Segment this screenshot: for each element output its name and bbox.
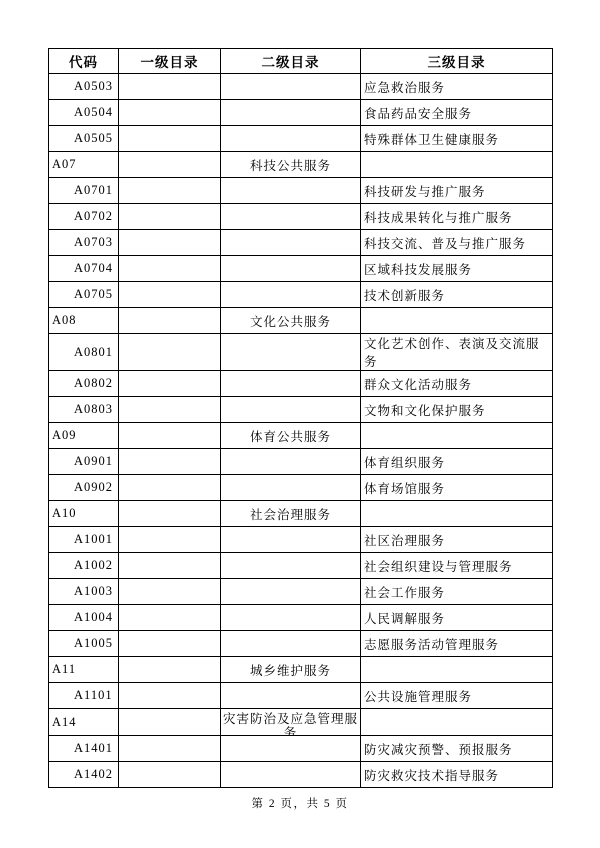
level1-cell <box>119 631 221 657</box>
code-cell: A0802 <box>49 371 119 397</box>
level3-cell: 防灾救灾技术指导服务 <box>361 762 553 788</box>
level3-cell <box>361 423 553 449</box>
level1-cell <box>119 397 221 423</box>
level3-cell: 体育组织服务 <box>361 449 553 475</box>
code-cell: A0701 <box>49 178 119 204</box>
code-cell: A1401 <box>49 736 119 762</box>
level1-cell <box>119 475 221 501</box>
level2-cell: 城乡维护服务 <box>221 657 361 683</box>
level2-text: 科技公共服务 <box>221 156 360 174</box>
level2-cell <box>221 683 361 709</box>
code-cell: A0801 <box>49 334 119 371</box>
table-row: A0803 文物和文化保护服务 <box>49 397 553 423</box>
level1-cell <box>119 204 221 230</box>
level3-cell: 文化艺术创作、表演及交流服务 <box>361 334 553 371</box>
code-cell: A1005 <box>49 631 119 657</box>
level3-cell: 人民调解服务 <box>361 605 553 631</box>
code-cell: A0702 <box>49 204 119 230</box>
level2-cell: 灾害防治及应急管理服务 <box>221 709 361 736</box>
level3-cell: 区域科技发展服务 <box>361 256 553 282</box>
level1-cell <box>119 449 221 475</box>
code-cell: A1001 <box>49 527 119 553</box>
level2-cell <box>221 282 361 308</box>
code-cell: A0902 <box>49 475 119 501</box>
table-row: A1402 防灾救灾技术指导服务 <box>49 762 553 788</box>
code-cell: A0705 <box>49 282 119 308</box>
level1-cell <box>119 178 221 204</box>
code-cell: A1402 <box>49 762 119 788</box>
table-row: A0704 区域科技发展服务 <box>49 256 553 282</box>
table-row: A0504 食品药品安全服务 <box>49 100 553 126</box>
level3-cell: 防灾减灾预警、预报服务 <box>361 736 553 762</box>
code-cell: A1002 <box>49 553 119 579</box>
code-cell: A07 <box>49 152 119 178</box>
level1-cell <box>119 501 221 527</box>
code-cell: A1004 <box>49 605 119 631</box>
level2-text: 社会治理服务 <box>221 505 360 523</box>
table-row: A1001 社区治理服务 <box>49 527 553 553</box>
column-header-level3: 三级目录 <box>361 49 553 74</box>
table-row: A09 体育公共服务 <box>49 423 553 449</box>
table-row: A0802 群众文化活动服务 <box>49 371 553 397</box>
level3-cell: 食品药品安全服务 <box>361 100 553 126</box>
level3-cell: 文物和文化保护服务 <box>361 397 553 423</box>
level2-cell <box>221 605 361 631</box>
level1-cell <box>119 579 221 605</box>
level2-cell: 科技公共服务 <box>221 152 361 178</box>
level3-cell: 社会工作服务 <box>361 579 553 605</box>
code-cell: A09 <box>49 423 119 449</box>
table-row: A0701 科技研发与推广服务 <box>49 178 553 204</box>
column-header-level2: 二级目录 <box>221 49 361 74</box>
column-header-level1: 一级目录 <box>119 49 221 74</box>
table-row: A10 社会治理服务 <box>49 501 553 527</box>
code-cell: A0503 <box>49 74 119 100</box>
level3-cell: 特殊群体卫生健康服务 <box>361 126 553 152</box>
level3-cell: 公共设施管理服务 <box>361 683 553 709</box>
table-row: A0505 特殊群体卫生健康服务 <box>49 126 553 152</box>
level3-cell <box>361 501 553 527</box>
level2-cell: 体育公共服务 <box>221 423 361 449</box>
level3-cell: 群众文化活动服务 <box>361 371 553 397</box>
level2-text: 城乡维护服务 <box>221 661 360 679</box>
level2-cell <box>221 74 361 100</box>
table-body: A0503 应急救治服务 A0504 食品药品安全服务 A0505 特殊群体卫生… <box>49 74 553 788</box>
code-cell: A10 <box>49 501 119 527</box>
level2-cell <box>221 204 361 230</box>
code-cell: A11 <box>49 657 119 683</box>
level1-cell <box>119 308 221 334</box>
table-row: A0703 科技交流、普及与推广服务 <box>49 230 553 256</box>
table-row: A0902 体育场馆服务 <box>49 475 553 501</box>
table-row: A08 文化公共服务 <box>49 308 553 334</box>
table-row: A1003 社会工作服务 <box>49 579 553 605</box>
level2-cell <box>221 230 361 256</box>
table-row: A1002 社会组织建设与管理服务 <box>49 553 553 579</box>
table-row: A07 科技公共服务 <box>49 152 553 178</box>
level3-cell <box>361 657 553 683</box>
level1-cell <box>119 74 221 100</box>
table-row: A0702 科技成果转化与推广服务 <box>49 204 553 230</box>
level3-cell: 体育场馆服务 <box>361 475 553 501</box>
code-cell: A14 <box>49 709 119 736</box>
level2-cell <box>221 527 361 553</box>
level2-cell <box>221 178 361 204</box>
code-cell: A1101 <box>49 683 119 709</box>
code-cell: A0901 <box>49 449 119 475</box>
level2-cell <box>221 334 361 371</box>
level1-cell <box>119 709 221 736</box>
level3-cell <box>361 709 553 736</box>
level1-cell <box>119 371 221 397</box>
code-cell: A0803 <box>49 397 119 423</box>
level2-text: 体育公共服务 <box>221 427 360 445</box>
level3-cell: 技术创新服务 <box>361 282 553 308</box>
document-page: 代码 一级目录 二级目录 三级目录 A0503 应急救治服务 A0504 食品药… <box>0 0 600 811</box>
catalog-table: 代码 一级目录 二级目录 三级目录 A0503 应急救治服务 A0504 食品药… <box>48 48 553 788</box>
level3-cell: 科技成果转化与推广服务 <box>361 204 553 230</box>
level2-cell <box>221 100 361 126</box>
level1-cell <box>119 282 221 308</box>
level2-cell: 社会治理服务 <box>221 501 361 527</box>
table-row: A11 城乡维护服务 <box>49 657 553 683</box>
table-row: A1004 人民调解服务 <box>49 605 553 631</box>
level2-cell <box>221 126 361 152</box>
level1-cell <box>119 683 221 709</box>
level3-cell <box>361 308 553 334</box>
code-cell: A0704 <box>49 256 119 282</box>
level3-cell <box>361 152 553 178</box>
level2-text: 文化公共服务 <box>221 312 360 330</box>
level3-cell: 社区治理服务 <box>361 527 553 553</box>
code-cell: A1003 <box>49 579 119 605</box>
header-row: 代码 一级目录 二级目录 三级目录 <box>49 49 553 74</box>
level1-cell <box>119 762 221 788</box>
level2-cell <box>221 475 361 501</box>
table-row: A0705 技术创新服务 <box>49 282 553 308</box>
level2-cell <box>221 371 361 397</box>
level1-cell <box>119 553 221 579</box>
level1-cell <box>119 736 221 762</box>
level1-cell <box>119 334 221 371</box>
level3-cell: 科技交流、普及与推广服务 <box>361 230 553 256</box>
level2-text: 灾害防治及应急管理服务 <box>221 709 360 735</box>
level1-cell <box>119 423 221 449</box>
column-header-code: 代码 <box>49 49 119 74</box>
page-number: 第 2 页，共 5 页 <box>48 795 552 811</box>
table-row: A1401 防灾减灾预警、预报服务 <box>49 736 553 762</box>
level2-cell <box>221 631 361 657</box>
level2-cell: 文化公共服务 <box>221 308 361 334</box>
level1-cell <box>119 657 221 683</box>
level1-cell <box>119 100 221 126</box>
code-cell: A0703 <box>49 230 119 256</box>
level1-cell <box>119 152 221 178</box>
code-cell: A0505 <box>49 126 119 152</box>
table-row: A1005 志愿服务活动管理服务 <box>49 631 553 657</box>
level1-cell <box>119 256 221 282</box>
table-row: A0901 体育组织服务 <box>49 449 553 475</box>
table-row: A0503 应急救治服务 <box>49 74 553 100</box>
level3-cell: 应急救治服务 <box>361 74 553 100</box>
level2-cell <box>221 762 361 788</box>
level1-cell <box>119 126 221 152</box>
level2-cell <box>221 449 361 475</box>
level2-cell <box>221 397 361 423</box>
level2-cell <box>221 736 361 762</box>
table-row: A1101 公共设施管理服务 <box>49 683 553 709</box>
level3-cell: 科技研发与推广服务 <box>361 178 553 204</box>
level1-cell <box>119 527 221 553</box>
level3-cell: 社会组织建设与管理服务 <box>361 553 553 579</box>
level2-cell <box>221 553 361 579</box>
level1-cell <box>119 605 221 631</box>
level1-cell <box>119 230 221 256</box>
table-row: A0801 文化艺术创作、表演及交流服务 <box>49 334 553 371</box>
level2-cell <box>221 579 361 605</box>
table-row: A14 灾害防治及应急管理服务 <box>49 709 553 736</box>
level2-cell <box>221 256 361 282</box>
code-cell: A0504 <box>49 100 119 126</box>
level3-cell: 志愿服务活动管理服务 <box>361 631 553 657</box>
code-cell: A08 <box>49 308 119 334</box>
